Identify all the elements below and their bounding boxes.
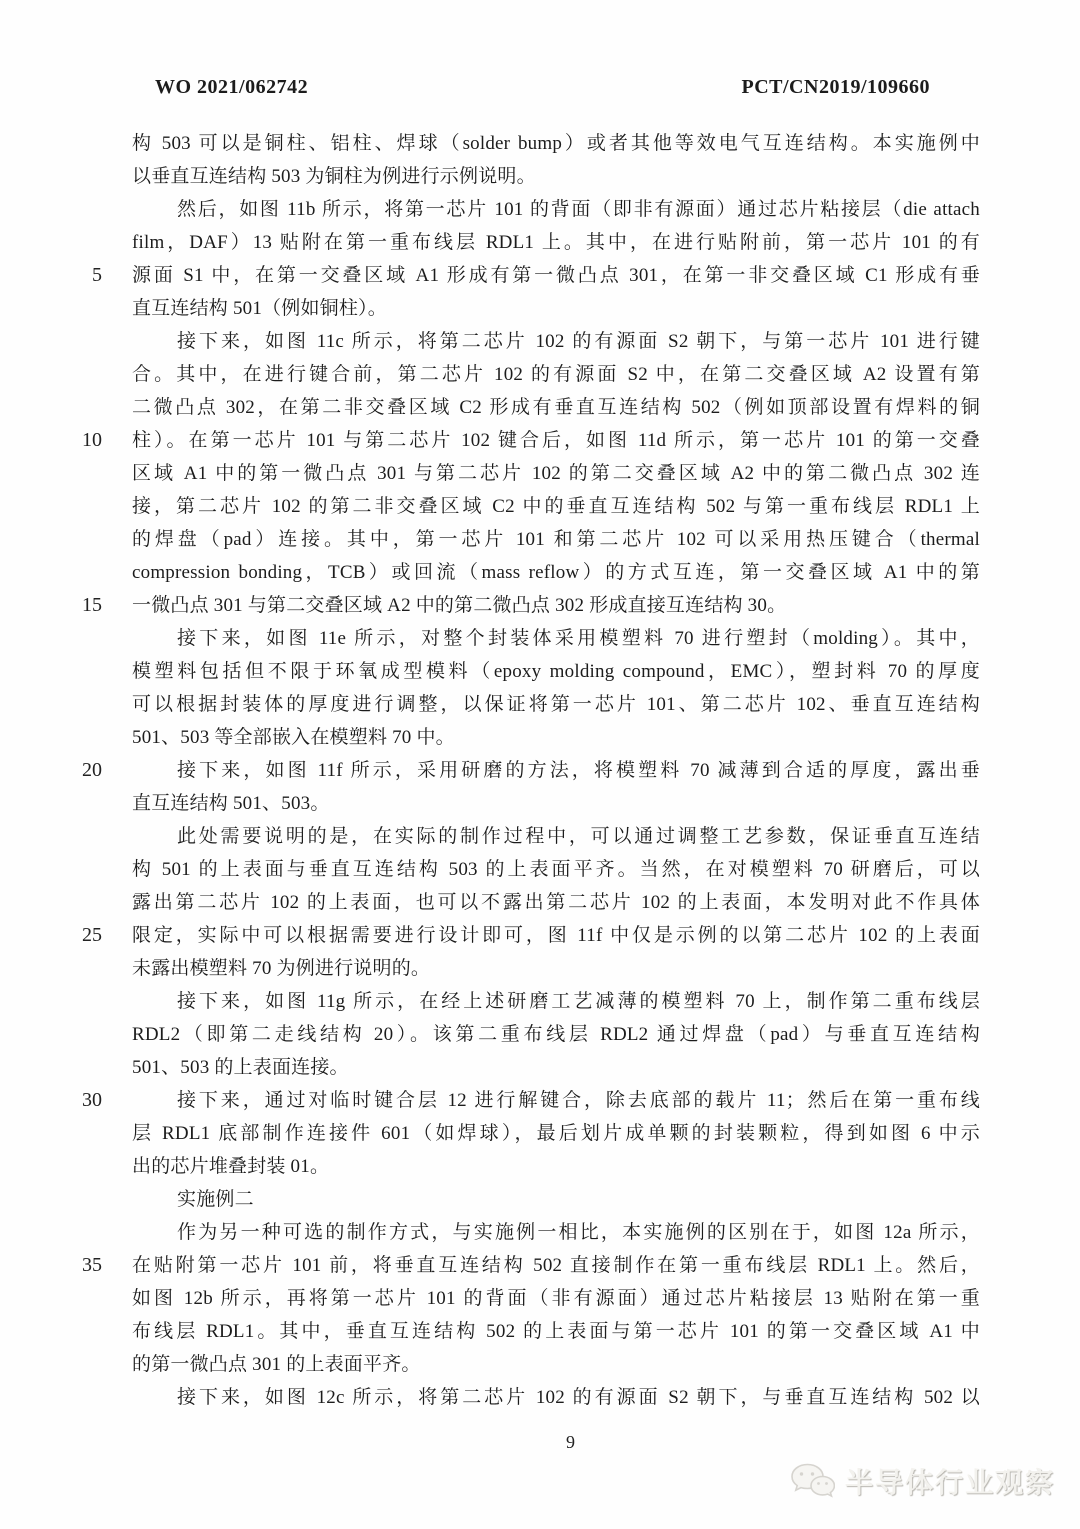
margin-gap	[102, 292, 132, 325]
line-text: 作为另一种可选的制作方式，与实施例一相比，本实施例的区别在于，如图 12a 所示…	[132, 1216, 980, 1249]
text-line: 25 限定，实际中可以根据需要进行设计即可，图 11f 中仅是示例的以第二芯片 …	[70, 919, 980, 952]
margin-gap	[102, 919, 132, 952]
text-line: 作为另一种可选的制作方式，与实施例一相比，本实施例的区别在于，如图 12a 所示…	[70, 1216, 980, 1249]
margin-gap	[102, 160, 132, 193]
line-text: 501、503 的上表面连接。	[132, 1051, 980, 1084]
margin-gap	[102, 1084, 132, 1117]
line-text: 如图 12b 所示，再将第一芯片 101 的背面（非有源面）通过芯片粘接层 13…	[132, 1282, 980, 1315]
page-header: WO 2021/062742 PCT/CN2019/109660	[0, 76, 1080, 102]
line-text: 源面 S1 中，在第一交叠区域 A1 形成有第一微凸点 301，在第一非交叠区域…	[132, 259, 980, 292]
line-text: 接下来，如图 11g 所示，在经上述研磨工艺减薄的模塑料 70 上，制作第二重布…	[132, 985, 980, 1018]
text-line: 30 接下来，通过对临时键合层 12 进行解键合，除去底部的载片 11；然后在第…	[70, 1084, 980, 1117]
margin-line-number	[70, 1216, 102, 1249]
margin-gap	[102, 1051, 132, 1084]
line-text: 露出第二芯片 102 的上表面，也可以不露出第二芯片 102 的上表面，本发明对…	[132, 886, 980, 919]
text-line: 接，第二芯片 102 的第二非交叠区域 C2 中的垂直互连结构 502 与第一重…	[70, 490, 980, 523]
text-line: 35 在贴附第一芯片 101 前，将垂直互连结构 502 直接制作在第一重布线层…	[70, 1249, 980, 1282]
margin-line-number	[70, 655, 102, 688]
margin-line-number: 25	[70, 919, 102, 952]
text-line: 构 503 可以是铜柱、铝柱、焊球（solder bump）或者其他等效电气互连…	[70, 127, 980, 160]
line-text: 布线层 RDL1。其中，垂直互连结构 502 的上表面与第一芯片 101 的第一…	[132, 1315, 980, 1348]
margin-gap	[102, 325, 132, 358]
margin-line-number	[70, 160, 102, 193]
margin-line-number	[70, 1018, 102, 1051]
margin-line-number	[70, 721, 102, 754]
margin-line-number	[70, 1381, 102, 1414]
line-text: 可以根据封装体的厚度进行调整，以保证将第一芯片 101、第二芯片 102、垂直互…	[132, 688, 980, 721]
margin-gap	[102, 1315, 132, 1348]
margin-gap	[102, 754, 132, 787]
text-line: 未露出模塑料 70 为例进行说明的。	[70, 952, 980, 985]
text-line: 接下来，如图 12c 所示，将第二芯片 102 的有源面 S2 朝下，与垂直互连…	[70, 1381, 980, 1414]
line-text: 接下来，如图 11c 所示，将第二芯片 102 的有源面 S2 朝下，与第一芯片…	[132, 325, 980, 358]
margin-gap	[102, 622, 132, 655]
text-line: 501、503 等全部嵌入在模塑料 70 中。	[70, 721, 980, 754]
watermark-label: 半导体行业观察	[845, 1461, 1055, 1501]
margin-line-number	[70, 556, 102, 589]
text-line: 然后，如图 11b 所示，将第一芯片 101 的背面（即非有源面）通过芯片粘接层…	[70, 193, 980, 226]
watermark: 半导体行业观察	[789, 1460, 1055, 1502]
margin-gap	[102, 1018, 132, 1051]
margin-gap	[102, 523, 132, 556]
margin-line-number	[70, 886, 102, 919]
text-line: film，DAF）13 贴附在第一重布线层 RDL1 上。其中，在进行贴附前，第…	[70, 226, 980, 259]
margin-line-number	[70, 688, 102, 721]
publication-number: WO 2021/062742	[155, 76, 308, 99]
text-line: 接下来，如图 11c 所示，将第二芯片 102 的有源面 S2 朝下，与第一芯片…	[70, 325, 980, 358]
line-text: film，DAF）13 贴附在第一重布线层 RDL1 上。其中，在进行贴附前，第…	[132, 226, 980, 259]
margin-line-number: 10	[70, 424, 102, 457]
line-text: compression bonding，TCB）或回流（mass reflow）…	[132, 556, 980, 589]
line-text: 区域 A1 中的第一微凸点 301 与第二芯片 102 的第二交叠区域 A2 中…	[132, 457, 980, 490]
margin-line-number: 35	[70, 1249, 102, 1282]
text-line: 501、503 的上表面连接。	[70, 1051, 980, 1084]
margin-gap	[102, 457, 132, 490]
line-text: 模塑料包括但不限于环氧成型模料（epoxy molding compound，E…	[132, 655, 980, 688]
text-line: 层 RDL1 底部制作连接件 601（如焊球），最后划片成单颗的封装颗粒，得到如…	[70, 1117, 980, 1150]
text-line: 构 501 的上表面与垂直互连结构 503 的上表面平齐。当然，在对模塑料 70…	[70, 853, 980, 886]
margin-line-number	[70, 127, 102, 160]
margin-gap	[102, 226, 132, 259]
margin-line-number	[70, 820, 102, 853]
margin-gap	[102, 1381, 132, 1414]
document-body: 构 503 可以是铜柱、铝柱、焊球（solder bump）或者其他等效电气互连…	[70, 127, 980, 1414]
margin-line-number	[70, 985, 102, 1018]
margin-line-number	[70, 622, 102, 655]
margin-gap	[102, 556, 132, 589]
line-text: 一微凸点 301 与第二交叠区域 A2 中的第二微凸点 302 形成直接互连结构…	[132, 589, 980, 622]
text-line: 模塑料包括但不限于环氧成型模料（epoxy molding compound，E…	[70, 655, 980, 688]
margin-gap	[102, 127, 132, 160]
text-line: 10 柱）。在第一芯片 101 与第二芯片 102 键合后，如图 11d 所示，…	[70, 424, 980, 457]
margin-line-number: 5	[70, 259, 102, 292]
margin-gap	[102, 589, 132, 622]
margin-line-number	[70, 325, 102, 358]
margin-gap	[102, 787, 132, 820]
text-line: 布线层 RDL1。其中，垂直互连结构 502 的上表面与第一芯片 101 的第一…	[70, 1315, 980, 1348]
text-line: 直互连结构 501、503。	[70, 787, 980, 820]
line-text: 构 503 可以是铜柱、铝柱、焊球（solder bump）或者其他等效电气互连…	[132, 127, 980, 160]
line-text: 此处需要说明的是，在实际的制作过程中，可以通过调整工艺参数，保证垂直互连结	[132, 820, 980, 853]
margin-line-number: 20	[70, 754, 102, 787]
line-text: 直互连结构 501、503。	[132, 787, 980, 820]
margin-gap	[102, 424, 132, 457]
text-line: 露出第二芯片 102 的上表面，也可以不露出第二芯片 102 的上表面，本发明对…	[70, 886, 980, 919]
margin-gap	[102, 820, 132, 853]
page-number: 9	[566, 1432, 575, 1453]
margin-gap	[102, 1282, 132, 1315]
margin-line-number	[70, 457, 102, 490]
line-text: 出的芯片堆叠封装 01。	[132, 1150, 980, 1183]
line-text: 实施例二	[132, 1183, 980, 1216]
line-text: 接下来，如图 12c 所示，将第二芯片 102 的有源面 S2 朝下，与垂直互连…	[132, 1381, 980, 1414]
line-text: 直互连结构 501（例如铜柱）。	[132, 292, 980, 325]
margin-gap	[102, 358, 132, 391]
line-text: 限定，实际中可以根据需要进行设计即可，图 11f 中仅是示例的以第二芯片 102…	[132, 919, 980, 952]
margin-gap	[102, 1117, 132, 1150]
margin-gap	[102, 1183, 132, 1216]
margin-gap	[102, 952, 132, 985]
text-line: 区域 A1 中的第一微凸点 301 与第二芯片 102 的第二交叠区域 A2 中…	[70, 457, 980, 490]
line-text: 以垂直互连结构 503 为铜柱为例进行示例说明。	[132, 160, 980, 193]
text-line: 接下来，如图 11g 所示，在经上述研磨工艺减薄的模塑料 70 上，制作第二重布…	[70, 985, 980, 1018]
margin-line-number	[70, 952, 102, 985]
line-text: 接下来，如图 11f 所示，采用研磨的方法，将模塑料 70 减薄到合适的厚度，露…	[132, 754, 980, 787]
text-line: 20 接下来，如图 11f 所示，采用研磨的方法，将模塑料 70 减薄到合适的厚…	[70, 754, 980, 787]
text-line: 接下来，如图 11e 所示，对整个封装体采用模塑料 70 进行塑封（moldin…	[70, 622, 980, 655]
line-text: 然后，如图 11b 所示，将第一芯片 101 的背面（即非有源面）通过芯片粘接层…	[132, 193, 980, 226]
margin-gap	[102, 193, 132, 226]
margin-gap	[102, 721, 132, 754]
line-text: 构 501 的上表面与垂直互连结构 503 的上表面平齐。当然，在对模塑料 70…	[132, 853, 980, 886]
wechat-icon	[789, 1461, 835, 1501]
line-text: 层 RDL1 底部制作连接件 601（如焊球），最后划片成单颗的封装颗粒，得到如…	[132, 1117, 980, 1150]
text-line: 此处需要说明的是，在实际的制作过程中，可以通过调整工艺参数，保证垂直互连结	[70, 820, 980, 853]
text-line: RDL2（即第二走线结构 20）。该第二重布线层 RDL2 通过焊盘（pad）与…	[70, 1018, 980, 1051]
line-text: 接下来，如图 11e 所示，对整个封装体采用模塑料 70 进行塑封（moldin…	[132, 622, 980, 655]
line-text: 接下来，通过对临时键合层 12 进行解键合，除去底部的载片 11；然后在第一重布…	[132, 1084, 980, 1117]
margin-line-number	[70, 490, 102, 523]
margin-line-number	[70, 1348, 102, 1381]
line-text: 合。其中，在进行键合前，第二芯片 102 的有源面 S2 中，在第二交叠区域 A…	[132, 358, 980, 391]
text-line: 15 一微凸点 301 与第二交叠区域 A2 中的第二微凸点 302 形成直接互…	[70, 589, 980, 622]
margin-gap	[102, 490, 132, 523]
text-line: 实施例二	[70, 1183, 980, 1216]
line-text: 的焊盘（pad）连接。其中，第一芯片 101 和第二芯片 102 可以采用热压键…	[132, 523, 980, 556]
line-text: 的第一微凸点 301 的上表面平齐。	[132, 1348, 980, 1381]
line-text: 501、503 等全部嵌入在模塑料 70 中。	[132, 721, 980, 754]
margin-line-number	[70, 391, 102, 424]
margin-gap	[102, 1348, 132, 1381]
margin-line-number	[70, 292, 102, 325]
margin-gap	[102, 259, 132, 292]
margin-gap	[102, 391, 132, 424]
text-line: 二微凸点 302，在第二非交叠区域 C2 形成有垂直互连结构 502（例如顶部设…	[70, 391, 980, 424]
text-line: 的焊盘（pad）连接。其中，第一芯片 101 和第二芯片 102 可以采用热压键…	[70, 523, 980, 556]
application-number: PCT/CN2019/109660	[742, 76, 931, 99]
text-line: compression bonding，TCB）或回流（mass reflow）…	[70, 556, 980, 589]
margin-line-number	[70, 193, 102, 226]
margin-line-number	[70, 1183, 102, 1216]
margin-gap	[102, 688, 132, 721]
margin-line-number	[70, 787, 102, 820]
text-line: 5 源面 S1 中，在第一交叠区域 A1 形成有第一微凸点 301，在第一非交叠…	[70, 259, 980, 292]
line-text: 柱）。在第一芯片 101 与第二芯片 102 键合后，如图 11d 所示，第一芯…	[132, 424, 980, 457]
margin-gap	[102, 1216, 132, 1249]
text-line: 的第一微凸点 301 的上表面平齐。	[70, 1348, 980, 1381]
margin-line-number	[70, 358, 102, 391]
line-text: RDL2（即第二走线结构 20）。该第二重布线层 RDL2 通过焊盘（pad）与…	[132, 1018, 980, 1051]
text-line: 合。其中，在进行键合前，第二芯片 102 的有源面 S2 中，在第二交叠区域 A…	[70, 358, 980, 391]
margin-line-number: 30	[70, 1084, 102, 1117]
line-text: 接，第二芯片 102 的第二非交叠区域 C2 中的垂直互连结构 502 与第一重…	[132, 490, 980, 523]
text-line: 如图 12b 所示，再将第一芯片 101 的背面（非有源面）通过芯片粘接层 13…	[70, 1282, 980, 1315]
margin-line-number	[70, 1150, 102, 1183]
margin-gap	[102, 853, 132, 886]
patent-document-page: WO 2021/062742 PCT/CN2019/109660 构 503 可…	[0, 0, 1080, 1529]
margin-line-number	[70, 226, 102, 259]
text-line: 直互连结构 501（例如铜柱）。	[70, 292, 980, 325]
margin-line-number	[70, 1315, 102, 1348]
margin-gap	[102, 1249, 132, 1282]
margin-line-number: 15	[70, 589, 102, 622]
text-line: 出的芯片堆叠封装 01。	[70, 1150, 980, 1183]
line-text: 二微凸点 302，在第二非交叠区域 C2 形成有垂直互连结构 502（例如顶部设…	[132, 391, 980, 424]
margin-gap	[102, 886, 132, 919]
margin-line-number	[70, 1117, 102, 1150]
text-line: 可以根据封装体的厚度进行调整，以保证将第一芯片 101、第二芯片 102、垂直互…	[70, 688, 980, 721]
margin-line-number	[70, 853, 102, 886]
line-text: 未露出模塑料 70 为例进行说明的。	[132, 952, 980, 985]
margin-gap	[102, 655, 132, 688]
margin-line-number	[70, 1282, 102, 1315]
margin-line-number	[70, 523, 102, 556]
margin-gap	[102, 985, 132, 1018]
margin-line-number	[70, 1051, 102, 1084]
margin-gap	[102, 1150, 132, 1183]
line-text: 在贴附第一芯片 101 前，将垂直互连结构 502 直接制作在第一重布线层 RD…	[132, 1249, 980, 1282]
text-line: 以垂直互连结构 503 为铜柱为例进行示例说明。	[70, 160, 980, 193]
